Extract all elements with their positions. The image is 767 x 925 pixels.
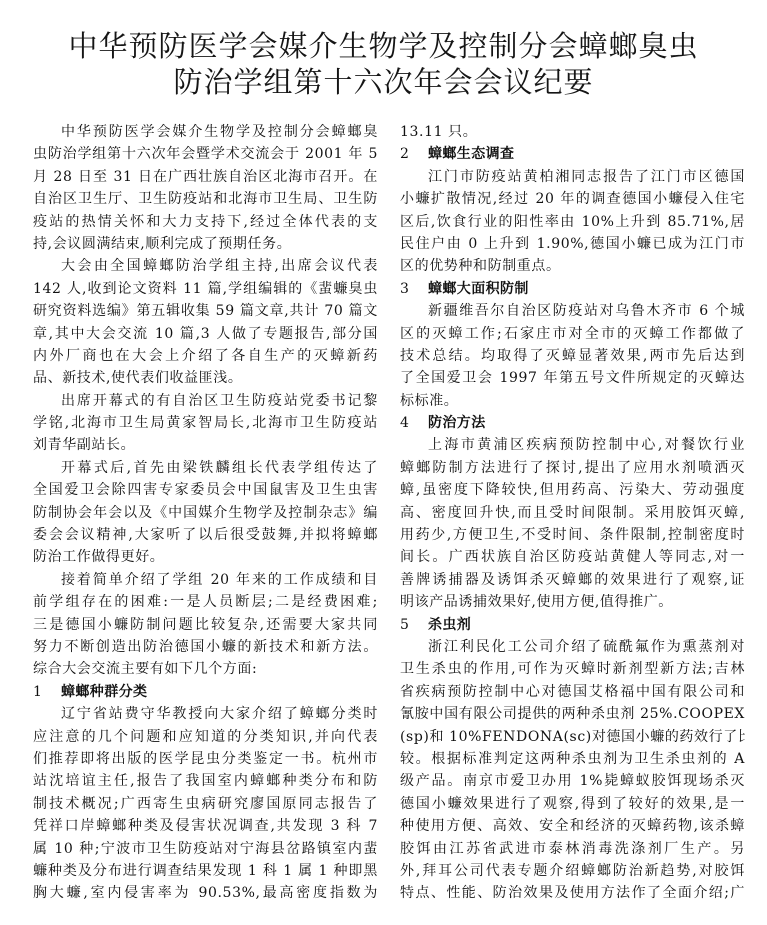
text-line: 了全国爱卫会 1997 年第五号文件所规定的灭蟑达: [400, 367, 745, 389]
right-column: 13.11 只。2蟑螂生态调查江门市防疫站黄柏湘同志报告了江门市区德国小蠊扩散情…: [400, 121, 745, 905]
text-line: 省疾病预防控制中心对德国艾格福中国有限公司和: [400, 681, 745, 703]
text-line: 内外厂商也在大会上介绍了各自生产的灭蟑新药: [33, 345, 378, 367]
paragraph-first-line: 上海市黄浦区疾病预防控制中心,对餐饮行业: [400, 434, 745, 456]
text-line: 标标准。: [400, 390, 745, 412]
section-heading: 5杀虫剂: [400, 614, 745, 636]
section-heading: 2蟑螂生态调查: [400, 143, 745, 165]
text-line: 较。根据标准判定这两种杀虫剂为卫生杀虫剂的 A: [400, 748, 745, 770]
text-line: 高、密度回升快,而且受时间限制。采用胶饵灭蟑,: [400, 502, 745, 524]
text-line: 防制协会年会以及《中国媒介生物学及控制杂志》编: [33, 502, 378, 524]
text-line: 区的优势种和防制重点。: [400, 255, 745, 277]
text-line: 特点、性能、防治效果及使用方法作了全面介绍;广: [400, 882, 745, 904]
text-line: 胶饵由江苏省武进市泰林消毒洗涤剂厂生产。另: [400, 838, 745, 860]
document-title-line-2: 防治学组第十六次年会会议纪要: [0, 60, 767, 101]
section-number: 2: [400, 143, 428, 165]
text-line: 种使用方便、高效、安全和经济的灭蟑药物,该杀蟑: [400, 815, 745, 837]
section-heading: 3蟑螂大面积防制: [400, 278, 745, 300]
section-heading: 1蟑螂种群分类: [33, 681, 378, 703]
text-line: 站沈培谊主任,报告了我国室内蟑螂种类分布和防: [33, 770, 378, 792]
text-line: 卫生杀虫的作用,可作为灭蟑时新剂型新方法;吉林: [400, 658, 745, 680]
left-column: 中华预防医学会媒介生物学及控制分会蟑螂臭虫防治学组第十六次年会暨学术交流会于 2…: [33, 121, 378, 905]
section-title: 蟑螂大面积防制: [428, 281, 529, 297]
paragraph-first-line: 辽宁省站费守华教授向大家介绍了蟑螂分类时: [33, 703, 378, 725]
text-line: 防治工作做得更好。: [33, 546, 378, 568]
text-line: 综合大会交流主要有如下几个方面:: [33, 658, 378, 680]
section-title: 蟑螂种群分类: [61, 684, 147, 700]
text-line: 属 10 种;宁波市卫生防疫站对宁海县岔路镇室内蜚: [33, 838, 378, 860]
text-line: 虫防治学组第十六次年会暨学术交流会于 2001 年 5: [33, 143, 378, 165]
text-line: 全国爱卫会除四害专家委员会中国鼠害及卫生虫害: [33, 479, 378, 501]
text-line: 凭祥口岸蟑螂种类及侵害状况调查,共发现 3 科 7: [33, 815, 378, 837]
text-line: 技术总结。均取得了灭蟑显著效果,两市先后达到: [400, 345, 745, 367]
text-line: 研究资料选编》第五辑收集 59 篇文章,共计 70 篇文: [33, 300, 378, 322]
text-line: 142 人,收到论文资料 11 篇,学组编辑的《蜚蠊臭虫: [33, 278, 378, 300]
section-number: 3: [400, 278, 428, 300]
section-title: 杀虫剂: [428, 617, 471, 633]
text-line: 疫站的热情关怀和大力支持下,经过全体代表的支: [33, 211, 378, 233]
text-line: 民住户由 0 上升到 1.90%,德国小蠊已成为江门市: [400, 233, 745, 255]
text-line: 氰胺中国有限公司提供的两种杀虫剂 25%.COOPEX: [400, 703, 745, 725]
paragraph-first-line: 江门市防疫站黄柏湘同志报告了江门市区德国: [400, 166, 745, 188]
paragraph-first-line: 出席开幕式的有自治区卫生防疫站党委书记黎: [33, 390, 378, 412]
text-line: 用药少,方便卫生,不受时间、条件限制,控制密度时: [400, 524, 745, 546]
text-line: 前学组存在的困难:一是人员断层;二是经费困难;: [33, 591, 378, 613]
text-line: 刘青华副站长。: [33, 434, 378, 456]
paragraph-first-line: 接着简单介绍了学组 20 年来的工作成绩和目: [33, 569, 378, 591]
text-line: 13.11 只。: [400, 121, 745, 143]
text-line: 区后,饮食行业的阳性率由 10%上升到 85.71%,居: [400, 211, 745, 233]
paragraph-first-line: 大会由全国蟑螂防治学组主持,出席会议代表: [33, 255, 378, 277]
text-line: 品、新技术,使代表们收益匪浅。: [33, 367, 378, 389]
text-line: 月 28 日至 31 日在广西壮族自治区北海市召开。在: [33, 166, 378, 188]
text-line: 制技术概况;广西寄生虫病研究廖国原同志报告了: [33, 793, 378, 815]
text-line: 小蠊扩散情况,经过 20 年的调查德国小蠊侵入住宅: [400, 188, 745, 210]
text-line: (sp)和 10%FENDONA(sc)对德国小蠊的药效行了比: [400, 726, 745, 748]
text-line: 外,拜耳公司代表专题介绍蟑螂防治新趋势,对胶饵: [400, 860, 745, 882]
paragraph-first-line: 开幕式后,首先由梁铁麟组长代表学组传达了: [33, 457, 378, 479]
text-line: 胸大蠊,室内侵害率为 90.53%,最高密度指数为: [33, 882, 378, 904]
text-line: 们推荐即将出版的医学昆虫分类鉴定一书。杭州市: [33, 748, 378, 770]
text-line: 善牌诱捕器及诱饵杀灭蟑螂的效果进行了观察,证: [400, 569, 745, 591]
section-number: 1: [33, 681, 61, 703]
text-line: 德国小蠊效果进行了观察,得到了较好的效果,是一: [400, 793, 745, 815]
text-line: 应注意的几个问题和应知道的分类知识,并向代表: [33, 726, 378, 748]
text-line: 委会会议精神,大家听了以后很受鼓舞,并拟将蟑螂: [33, 524, 378, 546]
text-line: 章,其中大会交流 10 篇,3 人做了专题报告,部分国: [33, 323, 378, 345]
section-title: 防治方法: [428, 415, 486, 431]
text-line: 努力不断创造出防治德国小蠊的新技术和新方法。: [33, 636, 378, 658]
text-line: 蟑,虽密度下降较快,但用药高、污染大、劳动强度: [400, 479, 745, 501]
text-line: 区的灭蟑工作;石家庄市对全市的灭蟑工作都做了: [400, 323, 745, 345]
text-line: 自治区卫生厅、卫生防疫站和北海市卫生局、卫生防: [33, 188, 378, 210]
section-title: 蟑螂生态调查: [428, 146, 514, 162]
document-title-line-1: 中华预防医学会媒介生物学及控制分会蟑螂臭虫: [0, 24, 767, 65]
text-line: 三是德国小蠊防制问题比较复杂,还需要大家共同: [33, 614, 378, 636]
section-number: 5: [400, 614, 428, 636]
paragraph-first-line: 新疆维吾尔自治区防疫站对乌鲁木齐市 6 个城: [400, 300, 745, 322]
text-line: 蠊种类及分布进行调查结果发现 1 科 1 属 1 种即黑: [33, 860, 378, 882]
paragraph-first-line: 中华预防医学会媒介生物学及控制分会蟑螂臭: [33, 121, 378, 143]
section-heading: 4防治方法: [400, 412, 745, 434]
text-line: 学铭,北海市卫生局黄家智局长,北海市卫生防疫站: [33, 412, 378, 434]
text-line: 持,会议圆满结束,顺利完成了预期任务。: [33, 233, 378, 255]
text-line: 间长。广西状族自治区防疫站黄健人等同志,对一: [400, 546, 745, 568]
text-line: 明该产品诱捕效果好,使用方便,值得推广。: [400, 591, 745, 613]
text-line: 级产品。南京市爱卫办用 1%毙蟑蚁胶饵现场杀灭: [400, 770, 745, 792]
section-number: 4: [400, 412, 428, 434]
text-line: 蟑螂防制方法进行了探讨,提出了应用水剂喷洒灭: [400, 457, 745, 479]
paragraph-first-line: 浙江利民化工公司介绍了硫酰氟作为熏蒸剂对: [400, 636, 745, 658]
